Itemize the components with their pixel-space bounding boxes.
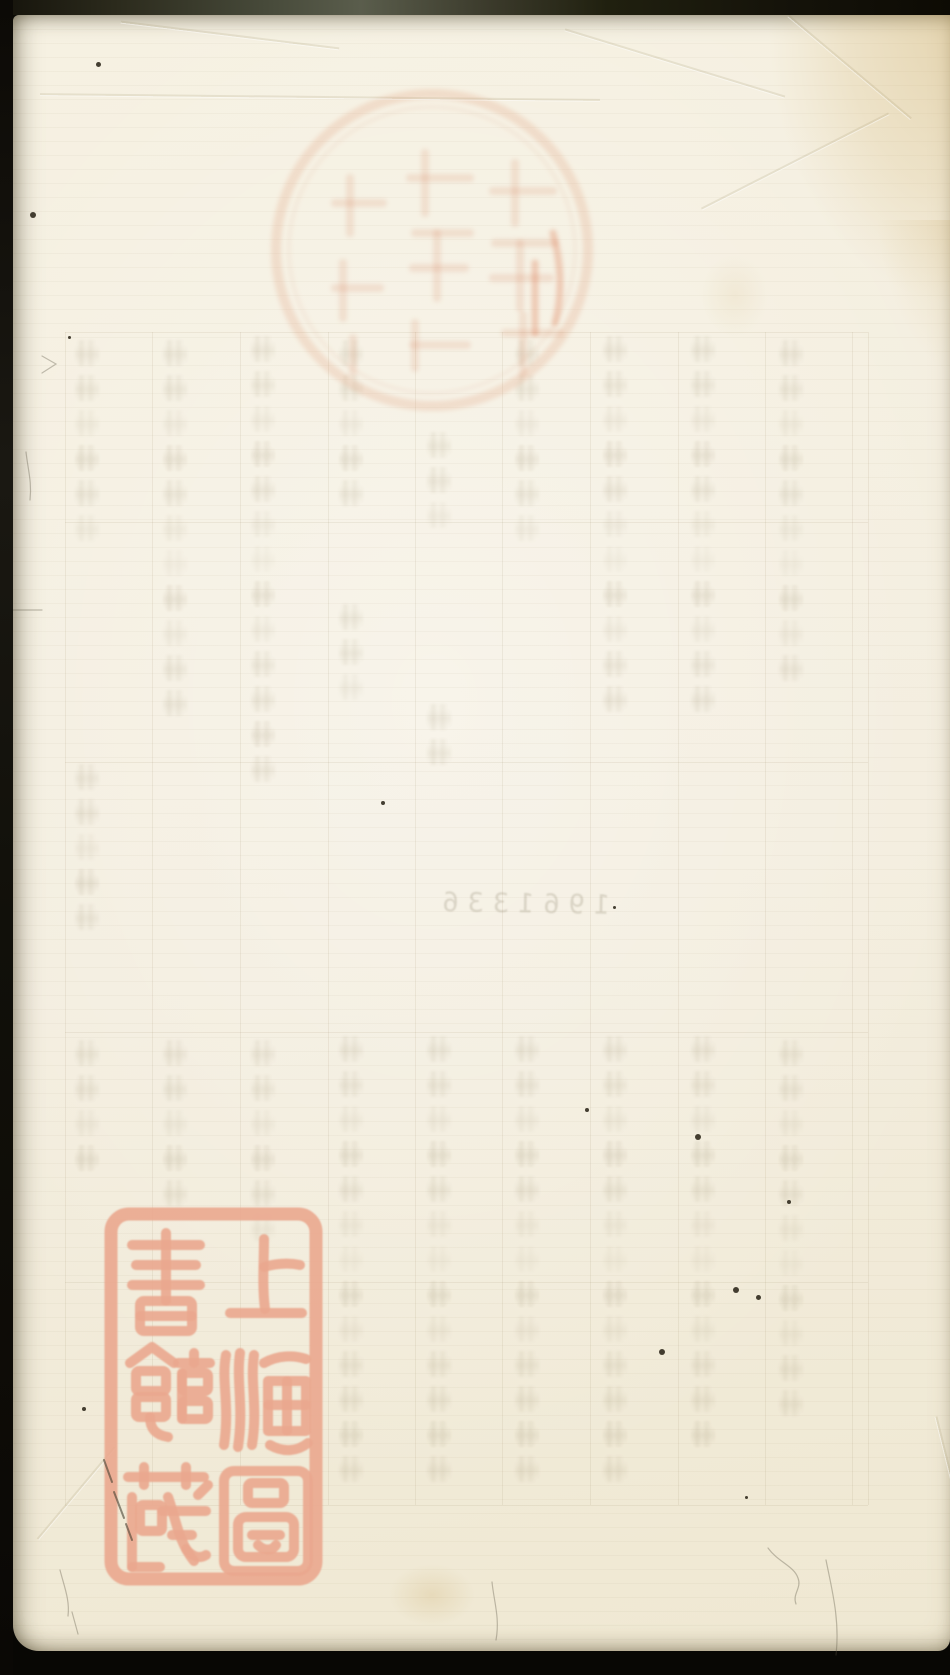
- pencil-marks-layer: [0, 0, 950, 1675]
- scanned-page: 1961336: [0, 0, 950, 1675]
- book-spine-edge-left: [0, 0, 13, 1675]
- book-edge-top: [0, 0, 950, 15]
